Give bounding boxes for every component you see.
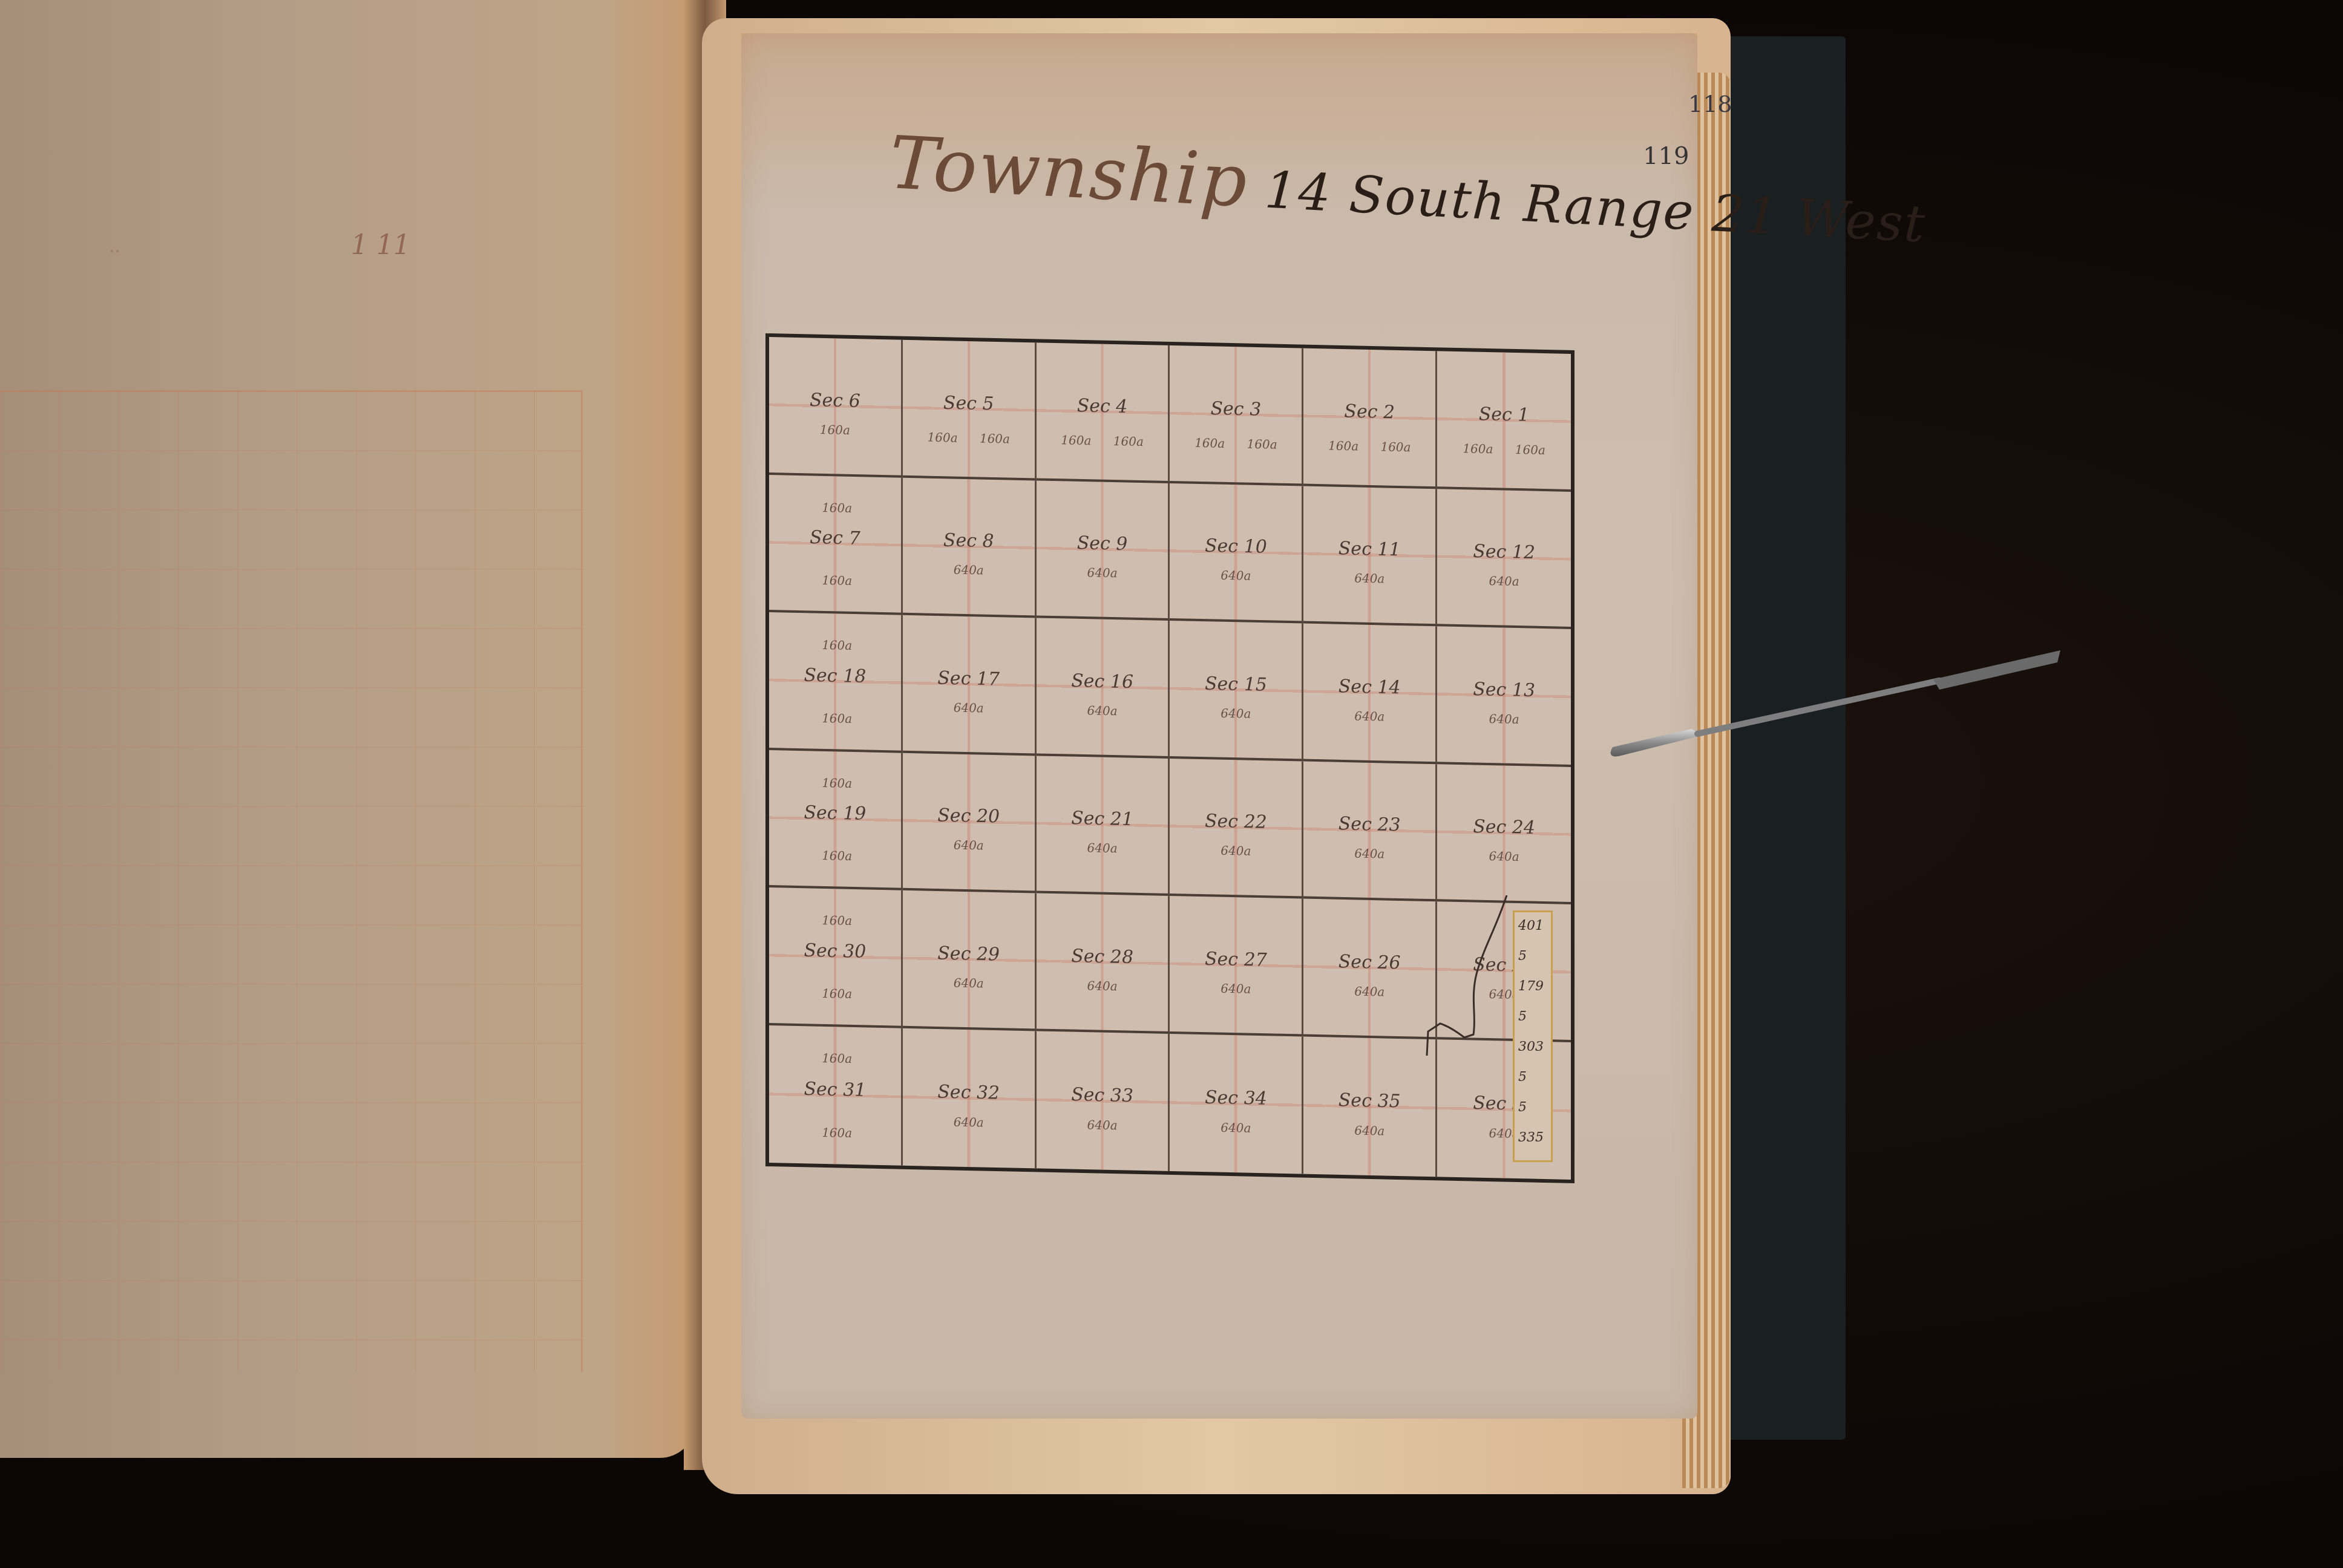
section-label: Sec 17: [937, 667, 1000, 690]
margin-number: 303: [1518, 1039, 1544, 1054]
section-cell: Sec 2160a 160a: [1303, 348, 1437, 489]
margin-number: 5: [1518, 1009, 1527, 1024]
section-label: Sec 10: [1205, 535, 1267, 558]
section-cell: Sec 18160a160a: [769, 612, 903, 753]
section-cell: Sec 6160a: [769, 337, 903, 477]
page-number-upper: 118: [1688, 91, 1732, 117]
margin-number: 335: [1518, 1130, 1544, 1145]
section-cell: Sec 10640a: [1170, 483, 1303, 623]
section-label: Sec 9: [1077, 533, 1128, 555]
margin-number: 5: [1518, 1100, 1527, 1115]
section-label: Sec 5: [943, 392, 994, 414]
section-label: Sec 1: [1479, 403, 1530, 426]
lot-acreage-bottom: 160a: [822, 848, 852, 863]
section-cell: Sec 21640a: [1037, 756, 1170, 896]
section-cell: Sec 23640a: [1303, 761, 1437, 901]
section-acreage: 160a 160a: [927, 430, 1010, 446]
section-label: Sec 35: [1339, 1089, 1401, 1112]
lot-acreage-top: 160a: [822, 500, 852, 515]
section-cell: Sec 14640a: [1303, 624, 1437, 764]
section-label: Sec 2: [1344, 400, 1395, 423]
section-cell: Sec 12640a: [1437, 489, 1571, 629]
section-label: Sec 30: [804, 940, 866, 962]
margin-number: 5: [1518, 1070, 1527, 1085]
lot-acreage-bottom: 160a: [822, 1125, 852, 1140]
section-label: Sec 22: [1205, 811, 1267, 833]
section-label: Sec 34: [1205, 1087, 1267, 1109]
section-label: Sec 29: [937, 942, 1000, 965]
section-acreage: 160a 160a: [1463, 441, 1545, 457]
section-cell: Sec 4160a 160a: [1037, 342, 1170, 483]
section-cell: Sec 33640a: [1037, 1031, 1170, 1171]
section-acreage: 640a: [1087, 978, 1118, 993]
title-range-word: Range: [1522, 174, 1697, 242]
section-acreage: 640a: [1354, 846, 1384, 861]
section-acreage: 640a: [1087, 565, 1118, 580]
lot-acreage-bottom: 160a: [822, 711, 852, 726]
lot-acreage-top: 160a: [822, 638, 852, 653]
section-label: Sec 32: [937, 1082, 1000, 1104]
section-label: Sec 14: [1339, 676, 1401, 698]
section-cell: Sec 22640a: [1170, 758, 1303, 898]
section-cell: Sec 31160a160a: [769, 1025, 903, 1166]
section-label: Sec 12: [1473, 541, 1535, 563]
section-label: Sec 3: [1211, 398, 1262, 420]
section-acreage: 640a: [1221, 843, 1251, 858]
margin-number: 5: [1518, 949, 1527, 964]
section-cell: Sec 32640a: [903, 1028, 1037, 1168]
section-cell: Sec 16640a: [1037, 618, 1170, 758]
section-label: Sec 18: [804, 665, 866, 687]
section-acreage: 640a: [954, 1114, 984, 1129]
section-cell: Sec 34640a: [1170, 1033, 1303, 1174]
section-label: Sec 16: [1071, 670, 1133, 693]
section-cell: Sec 27640a: [1170, 896, 1303, 1036]
section-acreage: 640a: [1087, 1117, 1118, 1132]
margin-number: 401: [1518, 918, 1544, 933]
lot-acreage-top: 160a: [822, 776, 852, 791]
section-label: Sec 4: [1077, 395, 1128, 417]
section-acreage: 640a: [954, 975, 984, 990]
section-label: Sec 24: [1473, 816, 1535, 838]
section-cell: Sec 5160a 160a: [903, 340, 1037, 480]
left-page-mark: 1 11: [351, 230, 410, 261]
section-cell: Sec 15640a: [1170, 621, 1303, 761]
section-label: Sec 6: [810, 390, 860, 412]
river-line: [1355, 895, 1525, 1065]
section-cell: Sec 30160a160a: [769, 887, 903, 1028]
section-cell: Sec 29640a: [903, 890, 1037, 1031]
section-cell: Sec 9640a: [1037, 480, 1170, 621]
section-label: Sec 19: [804, 802, 866, 825]
section-cell: Sec 11640a: [1303, 486, 1437, 626]
section-acreage: 640a: [1489, 573, 1519, 589]
section-cell: Sec 13640a: [1437, 626, 1571, 766]
section-cell: Sec 8640a: [903, 477, 1037, 618]
section-acreage: 640a: [1087, 840, 1118, 855]
section-acreage: 640a: [1087, 703, 1118, 718]
metal-spatula: [1601, 632, 2066, 765]
section-cell: Sec 24640a: [1437, 764, 1571, 904]
section-acreage: 640a: [954, 838, 984, 853]
section-cell: Sec 1160a 160a: [1437, 351, 1571, 491]
section-acreage: 640a: [1354, 708, 1384, 724]
section-label: Sec 13: [1473, 679, 1535, 701]
section-cell: Sec 20640a: [903, 753, 1037, 893]
section-label: Sec 28: [1071, 946, 1133, 968]
section-label: Sec 27: [1205, 949, 1267, 971]
title-township: 14 South: [1263, 160, 1508, 232]
section-acreage: 160a 160a: [1328, 438, 1411, 454]
section-acreage: 640a: [954, 700, 984, 715]
section-acreage: 640a: [1221, 568, 1251, 583]
section-cell: Sec 19160a160a: [769, 750, 903, 890]
section-label: Sec 20: [937, 805, 1000, 828]
section-acreage: 640a: [1221, 981, 1251, 996]
section-label: Sec 7: [810, 527, 860, 549]
title-range: 21 West: [1711, 183, 1927, 253]
lot-acreage-bottom: 160a: [822, 573, 852, 588]
section-cell: Sec 3160a 160a: [1170, 345, 1303, 486]
section-acreage: 640a: [1489, 849, 1519, 864]
margin-totals-strip: 4015179530355335: [1513, 910, 1553, 1162]
section-acreage: 640a: [1354, 1123, 1384, 1138]
lot-acreage-top: 160a: [822, 913, 852, 928]
section-label: Sec 11: [1339, 538, 1401, 561]
section-cell: Sec 28640a: [1037, 893, 1170, 1033]
section-acreage: 160a 160a: [1194, 435, 1277, 451]
section-label: Sec 8: [943, 530, 994, 552]
section-label: Sec 15: [1205, 673, 1267, 696]
section-acreage: 640a: [1221, 1120, 1251, 1135]
section-acreage: 640a: [1354, 570, 1384, 586]
section-acreage: 640a: [1489, 711, 1519, 727]
section-acreage: 640a: [954, 563, 984, 578]
section-cell: Sec 7160a160a: [769, 475, 903, 615]
section-label: Sec 33: [1071, 1084, 1133, 1106]
section-label: Sec 23: [1339, 814, 1401, 836]
section-cell: Sec 17640a: [903, 615, 1037, 756]
section-acreage: 160a 160a: [1061, 433, 1144, 449]
lot-acreage-bottom: 160a: [822, 986, 852, 1001]
left-page-grid: [0, 390, 583, 1372]
margin-number: 179: [1518, 979, 1544, 994]
section-label: Sec 21: [1071, 808, 1133, 830]
left-page-mark-faint: ..: [109, 236, 120, 257]
section-acreage: 640a: [1221, 705, 1251, 720]
section-acreage: 160a: [820, 422, 850, 437]
lot-acreage-top: 160a: [822, 1051, 852, 1066]
section-label: Sec 31: [804, 1079, 866, 1101]
